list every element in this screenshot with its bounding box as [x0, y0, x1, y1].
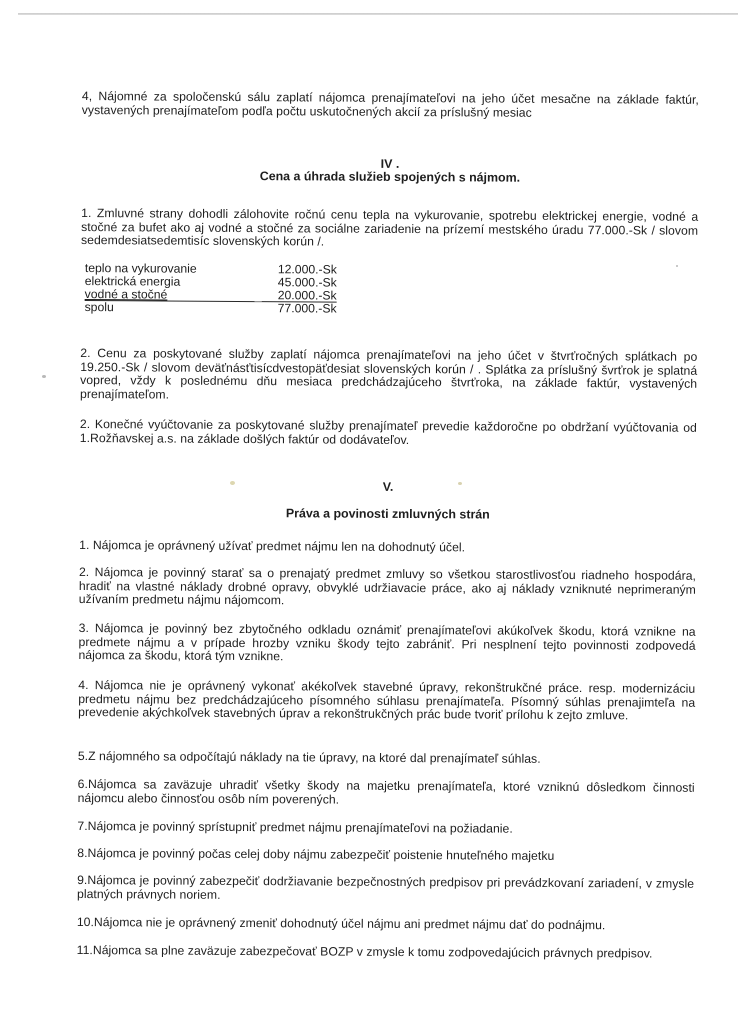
section-iv-paragraph-2: 2. Cenu za poskytované služby zaplatí ná…	[80, 347, 697, 405]
cost-value: 45.000.-Sk	[262, 276, 337, 289]
section-iv-title: Cena a úhrada služieb spojených s nájmom…	[81, 168, 698, 186]
section-v-paragraph-10: 10.Nájomca nie je oprávnený zmeniť dohod…	[77, 916, 694, 933]
section-v-paragraph-2: 2. Nájomca je povinný starať sa o prenaj…	[79, 566, 696, 611]
section-v-paragraph-5: 5.Z nájomného sa odpočítajú náklady na t…	[78, 750, 695, 767]
document-page: 4, Nájomné za spoločenskú sálu zaplatí n…	[0, 0, 744, 1024]
section-v-paragraph-3: 3. Nájomca je povinný bez zbytočného odk…	[78, 622, 695, 667]
section-v-title: Práva a povinosti zmluvných strán	[79, 505, 696, 523]
cost-total-row: spolu 77.000.-Sk	[85, 301, 337, 316]
section-v-number: V.	[79, 478, 696, 496]
cost-total-value: 77.000.-Sk	[262, 302, 337, 316]
cost-row: vodné a stočné 20.000.-Sk	[85, 288, 337, 303]
section-v-paragraph-11: 11.Nájomca sa plne zaväzuje zabezpečovať…	[77, 944, 694, 961]
paragraph-rent-hall: 4, Nájomné za spoločenskú sálu zaplatí n…	[82, 90, 699, 121]
section-v-paragraph-8: 8.Nájomca je povinný počas celej doby ná…	[77, 847, 694, 864]
cost-table: teplo na vykurovanie 12.000.-Sk elektric…	[85, 262, 337, 316]
section-v-paragraph-4: 4. Nájomca nie je oprávnený vykonať akék…	[78, 679, 695, 724]
cost-value: 20.000.-Sk	[262, 289, 337, 303]
section-iv-paragraph-1: 1. Zmluvné strany dohodli zálohovite roč…	[81, 207, 698, 252]
section-iv-paragraph-3: 2. Konečné vyúčtovanie za poskytované sl…	[80, 418, 697, 449]
cost-label-text: vodné a stočné	[85, 287, 168, 302]
section-v-paragraph-9: 9.Nájomca je povinný zabezpečiť dodržiav…	[77, 874, 694, 905]
section-v-paragraph-7: 7.Nájomca je povinný sprístupniť predmet…	[77, 820, 694, 837]
section-v-paragraph-1: 1. Nájomca je oprávnený užívať predmet n…	[79, 539, 696, 556]
cost-total-label: spolu	[85, 301, 262, 315]
section-v-paragraph-6: 6.Nájomca sa zaväzuje uhradiť všetky ško…	[78, 778, 695, 809]
